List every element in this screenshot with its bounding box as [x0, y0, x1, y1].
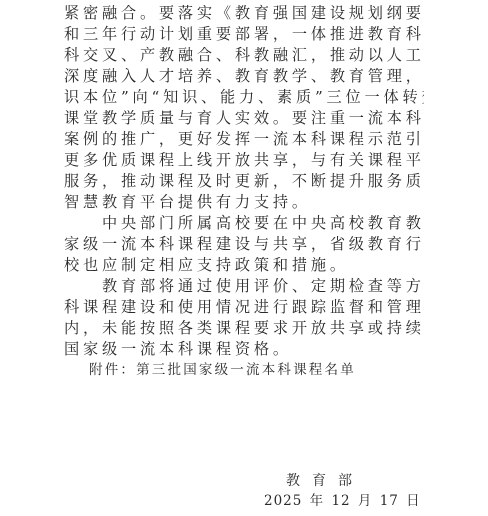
paragraph-3-line: 内，未能按照各类课程要求开放共享或持续建设的课程，将取消 [64, 318, 424, 339]
paragraph-1-line: 课堂教学质量与育人实效。要注重一流本科课程建设与应用优秀 [64, 108, 424, 129]
paragraph-3-line: 科课程建设和使用情况进行跟踪监督和管理。自公布之日起 5 年 [64, 297, 424, 318]
paragraph-2-line: 家级一流本科课程建设与共享，省级教育行政部门和地方有关高 [64, 234, 424, 255]
paragraph-1-line: 智慧教育平台提供有力支持。 [64, 192, 424, 213]
issuer-signature: 教育部 [286, 471, 364, 491]
paragraph-1-line: 更多优质课程上线开放共享，与有关课程平台单位共同做好教学 [64, 150, 424, 171]
issue-date: 2025 年 12 月 17 日 [264, 491, 421, 511]
paragraph-1-line: 和三年行动计划重要部署，一体推进教育科技人才发展，深化学 [64, 24, 424, 45]
paragraph-3-line: 国家级一流本科课程资格。 [64, 339, 424, 360]
paragraph-1-line: 深度融入人才培养、教育教学、教育管理，推动高等教育从“知 [64, 66, 424, 87]
paragraph-3-line: 教育部将通过使用评价、定期检查等方式，对国家级一流本 [64, 276, 424, 297]
document-page: 紧密融合。要落实《教育强国建设规划纲要（2024—2035 年）》 和三年行动计… [0, 0, 488, 516]
paragraph-1-line: 紧密融合。要落实《教育强国建设规划纲要（2024—2035 年）》 [64, 3, 424, 24]
paragraph-2-line: 校也应制定相应支持政策和措施。 [64, 255, 424, 276]
paragraph-2-line: 中央部门所属高校要在中央高校教育教学改革专项中支持国 [64, 213, 424, 234]
paragraph-1-line: 服务，推动课程及时更新，不断提升服务质量，为国家高等教育 [64, 171, 424, 192]
paragraph-1-line: 科交叉、产教融合、科教融汇，推动以人工智能为代表的新技术 [64, 45, 424, 66]
paragraph-1-line: 案例的推广，更好发挥一流本科课程示范引领作用。要积极推动 [64, 129, 424, 150]
paragraph-1-line: 识本位”向“知识、能力、素质”三位一体转变，全面提升高校 [64, 87, 424, 108]
attachment-note: 附件：第三批国家级一流本科课程名单 [89, 360, 356, 381]
